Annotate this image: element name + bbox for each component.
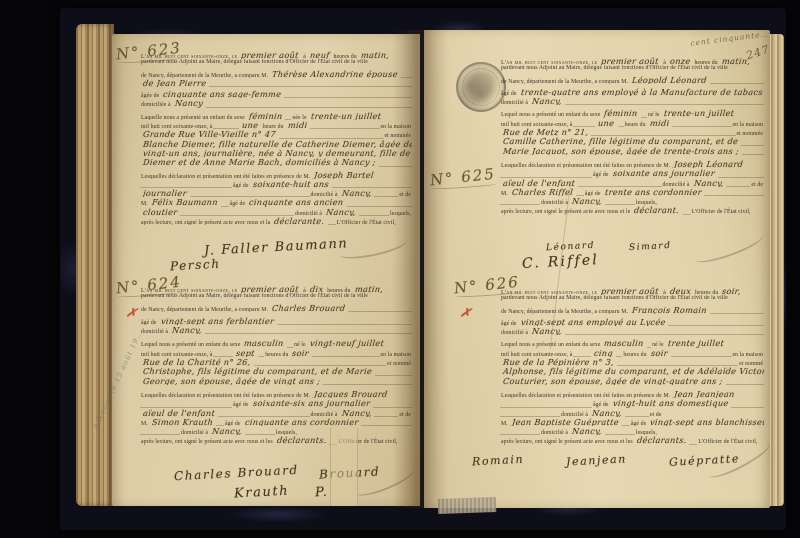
- handwritten-text: George, son épouse, âgée de vingt ans ;: [140, 376, 324, 385]
- handwritten-text: Nancy,: [338, 188, 375, 197]
- form-line: domicilié àNancy,: [500, 96, 764, 105]
- handwritten-text: Nancy,: [168, 325, 205, 334]
- printed-text: domicilié à: [500, 100, 529, 105]
- handwritten-text: trente ans cordonnier: [601, 187, 705, 196]
- handwritten-text: midi: [646, 118, 673, 127]
- printed-text: M.: [500, 421, 509, 426]
- form-line: domicilié àNancy,lesquels,: [140, 426, 412, 435]
- form-line: vingt-un ans, journalière, née à Nancy, …: [140, 148, 412, 157]
- handwritten-text: déclarante.: [271, 216, 328, 225]
- printed-text: Lequel nous a présenté un enfant du sexe: [140, 342, 241, 347]
- form-line: pardevant nous Adjoint au Maire, délégué…: [140, 293, 412, 302]
- form-line: Couturier, son épouse, âgée de vingt-qua…: [500, 376, 764, 385]
- printed-text: et de: [398, 192, 412, 197]
- rule-fill: [359, 213, 389, 216]
- form-line: de Jean Pierre: [140, 78, 412, 87]
- rule-fill: [209, 84, 412, 87]
- handwritten-text: journalier: [140, 188, 190, 197]
- form-line: M.Simon Krauthâgé decinquante ans cordon…: [140, 417, 412, 426]
- rule-fill: [379, 164, 412, 167]
- printed-text: domicilié à: [180, 430, 209, 435]
- printed-text: heures du: [622, 352, 647, 357]
- form-line: Lequel nous a présenté un enfant du sexe…: [140, 338, 412, 347]
- handwritten-text: déclarant.: [631, 205, 683, 214]
- form-line: Lequel nous a présenté un enfant du sexe…: [500, 338, 764, 347]
- handwritten-text: féminin: [245, 111, 286, 120]
- printed-text: lesquels,: [389, 211, 412, 216]
- rule-fill: [375, 373, 412, 376]
- form-line: de Nancy, département de la Meurthe, a c…: [500, 75, 764, 84]
- act-623-signatures-2: Persch: [170, 258, 221, 272]
- handwritten-text: cloutier: [140, 207, 181, 216]
- handwritten-text: trente-un juillet: [307, 111, 384, 120]
- handwritten-text: Nancy,: [528, 96, 565, 105]
- handwritten-text: Alphonse, fils légitime du comparant, et…: [500, 366, 764, 375]
- handwritten-text: soir,: [719, 286, 745, 295]
- act-623: N° 623 L'an mil huit cent soixante-onze,…: [140, 50, 412, 225]
- form-line: domicilié àNancy,et de: [500, 408, 764, 417]
- rule-fill: [622, 423, 630, 426]
- register-photograph: { "colors":{ "background":"#060608", "co…: [0, 0, 800, 538]
- handwritten-text: Nancy,: [568, 426, 605, 435]
- printed-text: né le: [293, 342, 307, 347]
- printed-text: de Nancy, département de la Meurthe, a c…: [140, 307, 269, 312]
- rule-fill: [361, 423, 412, 426]
- form-line: Christophe, fils légitime du comparant, …: [140, 366, 412, 375]
- rule-fill: [710, 81, 764, 84]
- rule-fill: [245, 432, 275, 435]
- printed-text: âgé de: [630, 421, 648, 426]
- form-line: aïeul de l'enfantdomicilié àNancy,et de: [500, 178, 764, 187]
- rule-fill: [605, 432, 635, 435]
- form-line: mil huit cent soixante-onze, àcinqheures…: [500, 348, 764, 357]
- printed-text: en la maison: [380, 352, 413, 357]
- handwritten-text: cinquante ans sage-femme: [160, 89, 285, 98]
- printed-text: en la maison: [732, 122, 765, 127]
- printed-text: après lecture, ont signé le présent acte…: [500, 209, 631, 214]
- rule-fill: [689, 442, 697, 445]
- rule-fill: [374, 194, 398, 197]
- handwritten-text: vingt-un ans, journalière, née à Nancy, …: [140, 148, 412, 157]
- handwritten-text: onze: [666, 56, 694, 65]
- act-623-text: L'an mil huit cent soixante-onze, leprem…: [140, 50, 412, 225]
- signature: P.: [315, 485, 329, 501]
- form-line: Marie Jacquot, son épouse, âgée de trent…: [500, 146, 764, 155]
- printed-text: âgé de: [229, 201, 247, 206]
- handwritten-text: Marie Jacquot, son épouse, âgée de trent…: [500, 146, 743, 155]
- form-line: pardevant nous Adjoint au Maire, délégué…: [140, 59, 412, 68]
- form-line: mil huit cent soixante-onze, àseptheures…: [140, 348, 412, 357]
- handwritten-text: Jacques Brouard: [311, 389, 392, 398]
- printed-text: de Nancy, département de la Meurthe, a c…: [500, 309, 629, 314]
- handwritten-text: soir: [289, 348, 313, 357]
- form-line: journalierdomicilié àNancy,et de: [140, 188, 412, 197]
- form-line: M.Félix Baumannâgé decinquante ans ancie…: [140, 197, 412, 206]
- handwritten-text: Léopold Léonard: [628, 75, 710, 84]
- rule-fill: [500, 405, 592, 408]
- handwritten-text: Simon Krauth: [148, 417, 216, 426]
- handwritten-text: masculin: [241, 338, 288, 347]
- handwritten-text: féminin: [601, 108, 642, 117]
- handwritten-text: soir: [647, 348, 671, 357]
- official-signature-flourish: [691, 226, 767, 268]
- form-line: George, son épouse, âgée de vingt ans ;: [140, 376, 412, 385]
- printed-text: âgé de: [232, 402, 250, 407]
- handwritten-text: Rue de Metz n° 21,: [500, 127, 592, 136]
- rule-fill: [625, 414, 649, 417]
- printed-text: heures du: [264, 352, 289, 357]
- printed-text: pardevant nous Adjoint au Maire, délégué…: [500, 295, 729, 301]
- handwritten-text: Grande Rue Ville-Vieille n° 47: [140, 129, 279, 138]
- handwritten-text: Charles Brouard: [268, 303, 348, 312]
- act-626-text: L'an mil huit cent soixante-onze, leprem…: [500, 286, 764, 445]
- handwritten-text: sept: [233, 348, 259, 357]
- printed-text: et nommé: [386, 361, 412, 366]
- rule-fill: [205, 331, 412, 334]
- form-line: Rue de la Charité n° 26,et nommé: [140, 357, 412, 366]
- form-line: de Nancy, département de la Meurthe, a c…: [140, 303, 412, 312]
- rule-fill: [672, 124, 731, 127]
- handwritten-text: cinquante ans ancien: [246, 197, 347, 206]
- handwritten-text: cinquante ans cordonnier: [241, 417, 362, 426]
- rule-fill: [323, 382, 412, 385]
- rule-fill: [726, 382, 764, 385]
- fabric-repair-patch: [438, 497, 496, 514]
- form-line: Lesquelles déclaration et présentation o…: [140, 170, 412, 179]
- handwritten-text: dix: [306, 284, 327, 293]
- rule-fill: [565, 102, 764, 105]
- printed-text: né le: [651, 342, 665, 347]
- rule-fill: [348, 309, 412, 312]
- printed-text: pardevant nous Adjoint au Maire, délégué…: [500, 65, 729, 71]
- printed-text: après lecture, ont signé le présent acte…: [140, 439, 274, 444]
- handwritten-text: Joseph Bartel: [311, 170, 378, 179]
- printed-text: en la maison: [380, 124, 413, 129]
- handwritten-text: premier août: [598, 286, 663, 295]
- form-line: mil huit cent soixante-onze, àuneheure d…: [500, 118, 764, 127]
- printed-text: et de: [750, 182, 764, 187]
- printed-text: domicilié à: [500, 330, 529, 335]
- rule-fill: [704, 193, 764, 196]
- printed-text: L'Officier de l'État civil,: [336, 220, 397, 225]
- printed-text: pardevant nous Adjoint au Maire, délégué…: [140, 59, 369, 65]
- handwritten-text: une: [239, 120, 262, 129]
- form-line: Lesquelles déclaration et présentation o…: [500, 159, 764, 168]
- printed-text: M.: [140, 201, 149, 206]
- rule-fill: [140, 432, 180, 435]
- form-line: âgé devingt-sept ans ferblantier: [140, 316, 412, 325]
- handwritten-text: premier août: [238, 50, 303, 59]
- handwritten-text: de Jean Pierre: [140, 78, 210, 87]
- printed-text: Lequel nous a présenté un enfant du sexe: [500, 112, 601, 117]
- signature: Persch: [170, 257, 221, 274]
- handwritten-text: une: [595, 118, 618, 127]
- handwritten-text: Nancy,: [568, 196, 605, 205]
- printed-text: de Nancy, département de la Meurthe, a c…: [500, 79, 629, 84]
- signature: Romain: [472, 453, 525, 469]
- form-line: âgé desoixante-six ans journalier: [140, 398, 412, 407]
- handwritten-text: vingt-sept ans employé au Lycée: [517, 317, 669, 326]
- printed-text: âgé de: [500, 321, 518, 326]
- register-left-page: N° 623 L'an mil huit cent soixante-onze,…: [112, 34, 420, 506]
- handwritten-text: Christophe, fils légitime du comparant, …: [140, 366, 376, 375]
- signature: Simard: [629, 241, 672, 253]
- handwritten-text: Rue de la Charité n° 26,: [140, 357, 254, 366]
- handwritten-text: Nancy,: [208, 426, 245, 435]
- rule-fill: [726, 184, 750, 187]
- handwritten-text: vingt-huit ans domestique: [609, 398, 732, 407]
- form-line: domicilié àNancy,: [140, 325, 412, 334]
- form-line: après lecture, ont signé le présent acte…: [500, 435, 764, 444]
- printed-text: L'Officier de l'État civil,: [691, 209, 752, 214]
- printed-text: né le: [647, 112, 661, 117]
- handwritten-text: cinq: [591, 348, 617, 357]
- act-624-signatures-2: Krauth P.: [234, 485, 329, 500]
- form-line: mil huit cent soixante-onze, àuneheure d…: [140, 120, 412, 129]
- act-623-signatures: J. Faller Baumann: [204, 240, 348, 255]
- handwritten-text: Nancy,: [528, 326, 565, 335]
- form-line: âgé desoixante ans journalier: [500, 168, 764, 177]
- handwritten-text: Nancy,: [338, 408, 375, 417]
- handwritten-text: Charles Riffel: [508, 187, 576, 196]
- form-line: domicilié àNancy,lesquels,: [500, 196, 764, 205]
- handwritten-text: Nancy,: [690, 178, 727, 187]
- handwritten-text: matin,: [718, 56, 753, 65]
- handwritten-text: Camille Catherine, fille légitime du com…: [500, 136, 742, 145]
- red-check-mark: ✗: [125, 305, 138, 322]
- printed-text: domicilié à: [540, 200, 569, 205]
- form-line: âgé devingt-sept ans employé au Lycée: [500, 317, 764, 326]
- handwritten-text: premier août: [238, 284, 303, 293]
- handwritten-text: Nancy: [171, 98, 206, 107]
- handwritten-text: masculin: [601, 338, 648, 347]
- act-626: N° 626 ✗ L'an mil huit cent soixante-onz…: [500, 286, 764, 445]
- handwritten-text: matin,: [357, 50, 392, 59]
- form-line: Rue de la Pépinière n° 3,et nommé: [500, 357, 764, 366]
- signature: C. Riffel: [522, 252, 600, 272]
- form-line: M.Charles Riffelâgé detrente ans cordonn…: [500, 187, 764, 196]
- rule-fill: [565, 332, 764, 335]
- handwritten-text: Couturier, son épouse, âgée de vingt-qua…: [500, 376, 726, 385]
- printed-text: et de: [398, 412, 412, 417]
- form-line: après lecture, ont signé le présent acte…: [500, 205, 764, 214]
- form-line: âgée decinquante ans sage-femme: [140, 89, 412, 98]
- printed-text: âgé de: [592, 402, 610, 407]
- printed-text: Laquelle nous a présenté un enfant du se…: [140, 115, 246, 120]
- printed-text: M.: [140, 421, 149, 426]
- form-line: de Nancy, département de la Meurthe, a c…: [500, 305, 764, 314]
- act-625-signatures: Léonard Simard: [546, 242, 672, 252]
- printed-text: âgée de: [140, 93, 160, 98]
- rule-fill: [710, 311, 764, 314]
- handwritten-text: Jean Baptiste Guépratte: [508, 417, 622, 426]
- form-line: pardevant nous Adjoint au Maire, délégué…: [500, 65, 764, 74]
- handwritten-text: déclarants.: [633, 435, 690, 444]
- form-line: M.Jean Baptiste Guépratteâgé devingt-sep…: [500, 417, 764, 426]
- printed-text: âgé de: [140, 320, 158, 325]
- handwritten-text: vingt-neuf juillet: [306, 338, 387, 347]
- rule-fill: [671, 354, 732, 357]
- rule-fill: [731, 405, 764, 408]
- rule-fill: [206, 105, 412, 108]
- form-line: Rue de Metz n° 21,et nommée: [500, 127, 764, 136]
- form-line: âgé desoixante-huit ans: [140, 179, 412, 188]
- rule-fill: [312, 354, 379, 357]
- rule-fill: [683, 212, 691, 215]
- handwritten-text: vingt-sept ans ferblantier: [157, 316, 277, 325]
- form-line: âgé detrente-quatre ans employé à la Man…: [500, 87, 764, 96]
- form-line: de Nancy, département de la Meurthe, a c…: [140, 69, 412, 78]
- handwritten-text: deux: [666, 286, 694, 295]
- handwritten-text: Jean Jeanjean: [671, 389, 739, 398]
- rule-fill: [605, 202, 635, 205]
- rule-fill: [221, 204, 229, 207]
- printed-text: et nommée: [384, 133, 413, 138]
- rule-fill: [328, 222, 336, 225]
- handwritten-text: soixante ans journalier: [609, 168, 718, 177]
- form-line: Blanche Diemer, fille naturelle de Cathe…: [140, 139, 412, 148]
- signature: Léonard: [546, 241, 596, 254]
- register-right-page: cent cinquante… 247 N° 625 L'an mil huit…: [424, 30, 770, 508]
- form-line: après lecture, ont signé le présent acte…: [140, 435, 412, 444]
- form-line: pardevant nous Adjoint au Maire, délégué…: [500, 295, 764, 304]
- signature: J. Faller Baumann: [204, 236, 349, 259]
- handwritten-text: trente-quatre ans employé à la Manufactu…: [517, 87, 764, 96]
- handwritten-text: déclarants.: [273, 435, 330, 444]
- act-624-text: L'an mil huit cent soixante-onze, leprem…: [140, 284, 412, 445]
- act-625: N° 625 L'an mil huit cent soixante-onze,…: [500, 56, 764, 215]
- printed-text: domicilié à: [140, 329, 169, 334]
- handwritten-text: soixante-six ans journalier: [249, 398, 373, 407]
- handwritten-text: matin,: [351, 284, 386, 293]
- act-626-signatures: Romain Jeanjean Guépratte: [472, 454, 740, 467]
- form-line: L'an mil huit cent soixante-onze, leprem…: [500, 286, 764, 295]
- printed-text: M.: [500, 191, 509, 196]
- rule-fill: [284, 95, 412, 98]
- form-line: Lequel nous a présenté un enfant du sexe…: [500, 108, 764, 117]
- handwritten-text: premier août: [598, 56, 663, 65]
- handwritten-text: Félix Baumann: [148, 197, 221, 206]
- form-line: Camille Catherine, fille légitime du com…: [500, 136, 764, 145]
- handwritten-text: Nancy,: [588, 408, 625, 417]
- form-line: domiciliée àNancy: [140, 98, 412, 107]
- form-line: âgé devingt-huit ans domestique: [500, 398, 764, 407]
- act-625-text: L'an mil huit cent soixante-onze, leprem…: [500, 56, 764, 215]
- printed-text: après lecture, ont signé le présent acte…: [500, 439, 634, 444]
- printed-text: heure du: [624, 122, 647, 127]
- form-line: aïeul de l'enfantdomicilié àNancy,et de: [140, 408, 412, 417]
- handwritten-text: neuf: [306, 50, 333, 59]
- act-625-signatures-2: C. Riffel: [522, 254, 599, 270]
- printed-text: en la maison: [732, 352, 765, 357]
- form-line: Lesquelles déclaration et présentation o…: [500, 389, 764, 398]
- printed-text: domicilié à: [540, 430, 569, 435]
- signature: Krauth: [234, 484, 290, 502]
- form-line: cloutierdomicilié àNancy,lesquels,: [140, 207, 412, 216]
- printed-text: après lecture, ont signé le présent acte…: [140, 220, 271, 225]
- printed-text: âgé de: [500, 91, 518, 96]
- signature: Charles Brouard: [174, 463, 299, 484]
- handwritten-text: aïeul de l'enfant: [500, 178, 579, 187]
- act-number-625: N° 625: [429, 165, 497, 192]
- form-line: Grande Rue Ville-Vieille n° 47et nommée: [140, 129, 412, 138]
- rule-fill: [500, 202, 540, 205]
- handwritten-text: Nancy,: [323, 207, 360, 216]
- handwritten-text: François Romain: [628, 305, 710, 314]
- signature: Jeanjean: [566, 452, 628, 468]
- rule-fill: [277, 322, 412, 325]
- handwritten-text: vingt-sept ans blanchisseur: [647, 417, 764, 426]
- handwritten-text: aïeul de l'enfant: [140, 408, 219, 417]
- handwritten-text: Thérèse Alexandrine épouse: [268, 69, 401, 78]
- red-check-mark: ✗: [459, 305, 472, 322]
- rule-fill: [742, 152, 764, 155]
- printed-text: pardevant nous Adjoint au Maire, délégué…: [140, 293, 369, 299]
- form-line: Diemer et de Anne Marie Bach, domiciliés…: [140, 157, 412, 166]
- form-line: L'an mil huit cent soixante-onze, leprem…: [500, 56, 764, 65]
- rule-fill: [668, 323, 764, 326]
- printed-text: domiciliée à: [140, 102, 172, 107]
- handwritten-text: Joseph Léonard: [671, 159, 747, 168]
- rule-fill: [741, 143, 764, 146]
- page-edges-right: [769, 34, 784, 506]
- rule-fill: [401, 75, 412, 78]
- form-line: Laquelle nous a présenté un enfant du se…: [140, 111, 412, 120]
- handwritten-text: trente-un juillet: [660, 108, 737, 117]
- form-line: Alphonse, fils légitime du comparant, et…: [500, 366, 764, 375]
- printed-text: âgé de: [592, 172, 610, 177]
- rule-fill: [500, 432, 540, 435]
- rule-fill: [374, 414, 398, 417]
- printed-text: âgé de: [232, 183, 250, 188]
- handwritten-text: soixante-huit ans: [249, 179, 332, 188]
- handwritten-text: Diemer et de Anne Marie Bach, domiciliés…: [140, 157, 379, 166]
- rule-fill: [373, 405, 412, 408]
- form-line: domicilié àNancy,: [500, 326, 764, 335]
- act-624: N° 624 ✗ L'an mil huit cent soixante-onz…: [140, 284, 412, 445]
- handwritten-text: midi: [284, 120, 311, 129]
- printed-text: Lequel nous a présenté un enfant du sexe: [500, 342, 601, 347]
- handwritten-text: Rue de la Pépinière n° 3,: [500, 357, 617, 366]
- form-line: domicilié àNancy,lesquels,: [500, 426, 764, 435]
- rule-fill: [310, 126, 379, 129]
- form-line: Lesquelles déclaration et présentation o…: [140, 389, 412, 398]
- form-line: après lecture, ont signé le présent acte…: [140, 216, 412, 225]
- handwritten-text: Blanche Diemer, fille naturelle de Cathe…: [140, 139, 412, 148]
- handwritten-text: trente juillet: [664, 338, 727, 347]
- repair-tape: [330, 428, 358, 506]
